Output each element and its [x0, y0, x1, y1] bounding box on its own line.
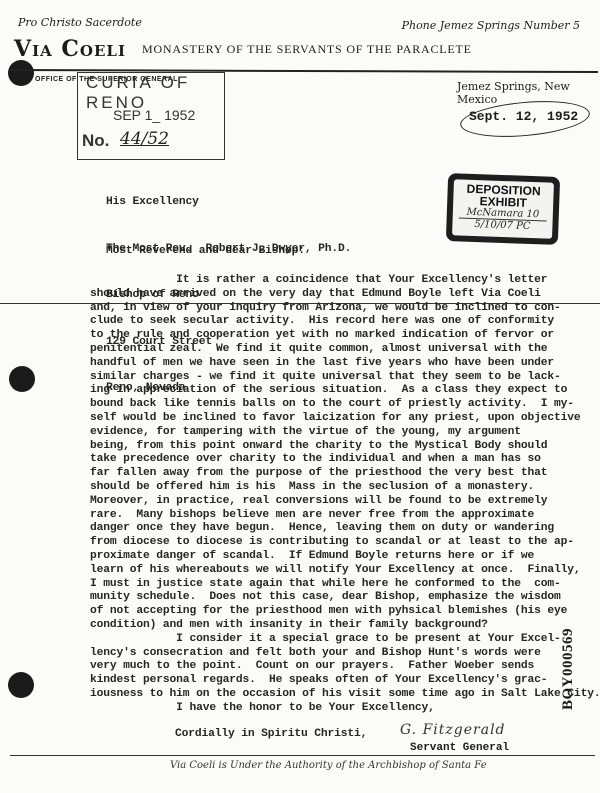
body-line: self would be inclined to favor laicizat…	[90, 412, 600, 426]
hole-punch	[9, 366, 35, 392]
body-line: I must in justice state again that while…	[90, 578, 600, 592]
letter-date: Sept. 12, 1952	[469, 109, 578, 124]
body-line: ing in appreciation of the serious situa…	[90, 384, 600, 398]
hole-punch	[8, 672, 34, 698]
letterhead-phone: Phone Jemez Springs Number 5	[402, 19, 580, 32]
body-line: being, from this point onward the charit…	[90, 440, 600, 454]
letterhead-motto: Pro Christo Sacerdote	[18, 16, 142, 29]
body-line: should be offered him is his Mass in the…	[90, 481, 600, 495]
body-line: and, in view of your inquiry from Arizon…	[90, 302, 600, 316]
body-line: take precedence over charity to the indi…	[90, 453, 600, 467]
body-line: rare. Many bishops believe men are never…	[90, 509, 600, 523]
bates-number: BOY000569	[560, 640, 580, 710]
hole-punch	[8, 60, 34, 86]
body-line: to the rule and cooperation yet with no …	[90, 329, 600, 343]
closing: Cordially in Spiritu Christi,	[175, 728, 367, 740]
body-line: kindest personal regards. He speaks ofte…	[90, 674, 600, 688]
body-line: I have the honor to be Your Excellency,	[90, 702, 600, 716]
body-line: learn of his whereabouts we will notify …	[90, 564, 600, 578]
received-stamp-number-label: No.	[82, 131, 109, 151]
letter-body: It is rather a coincidence that Your Exc…	[90, 274, 600, 716]
received-stamp: CURIA OF RENO SEP 1_ 1952 No. 44/52	[77, 72, 225, 160]
letterhead-footer: Via Coeli is Under the Authority of the …	[170, 760, 487, 771]
body-line: Moreover, in practice, real conversions …	[90, 495, 600, 509]
body-line: condition) and men with insanity in thei…	[90, 619, 600, 633]
body-line: danger once they have begun. Hence, leav…	[90, 522, 600, 536]
address-line: His Excellency	[106, 195, 351, 211]
body-line: iousness to him on the occasion of his v…	[90, 688, 600, 702]
deposition-handwritten-date: 5/10/07 PC	[452, 218, 552, 232]
body-line: lency's consecration and felt both your …	[90, 647, 600, 661]
body-line: munity schedule. Does not this case, dea…	[90, 591, 600, 605]
body-line: of not accepting for the priesthood men …	[90, 605, 600, 619]
body-line: proximate danger of scandal. If Edmund B…	[90, 550, 600, 564]
body-line: similar charges - we find it quite unive…	[90, 371, 600, 385]
signature: G. Fitzgerald	[400, 722, 506, 738]
body-line: very much to the point. Count on our pra…	[90, 660, 600, 674]
received-stamp-number: 44/52	[120, 129, 169, 149]
body-line: clude to seek secular activity. His reco…	[90, 315, 600, 329]
body-line: evidence, for tampering with the virtue …	[90, 426, 600, 440]
signer-title: Servant General	[410, 742, 509, 754]
footer-divider	[10, 755, 595, 756]
body-line: handful of men we have seen in the last …	[90, 357, 600, 371]
body-line: penitential zeal. We find it quite commo…	[90, 343, 600, 357]
body-line: I consider it a special grace to be pres…	[90, 633, 600, 647]
body-line: It is rather a coincidence that Your Exc…	[90, 274, 600, 288]
deposition-exhibit-sticker: DEPOSITION EXHIBIT McNamara 10 5/10/07 P…	[446, 173, 560, 245]
received-stamp-date: SEP 1_ 1952	[113, 107, 195, 123]
body-line: from diocese to diocese is contributing …	[90, 536, 600, 550]
letterhead-organization: MONASTERY OF THE SERVANTS OF THE PARACLE…	[142, 42, 472, 57]
body-line: bound back like tennis balls on to the c…	[90, 398, 600, 412]
body-line: should have arrived on the very day that…	[90, 288, 600, 302]
letterhead-brand: Via Coeli	[14, 36, 126, 62]
salutation: Most Reverend and dear Bishop:	[106, 245, 305, 257]
body-line: far fallen away from the purpose of the …	[90, 467, 600, 481]
